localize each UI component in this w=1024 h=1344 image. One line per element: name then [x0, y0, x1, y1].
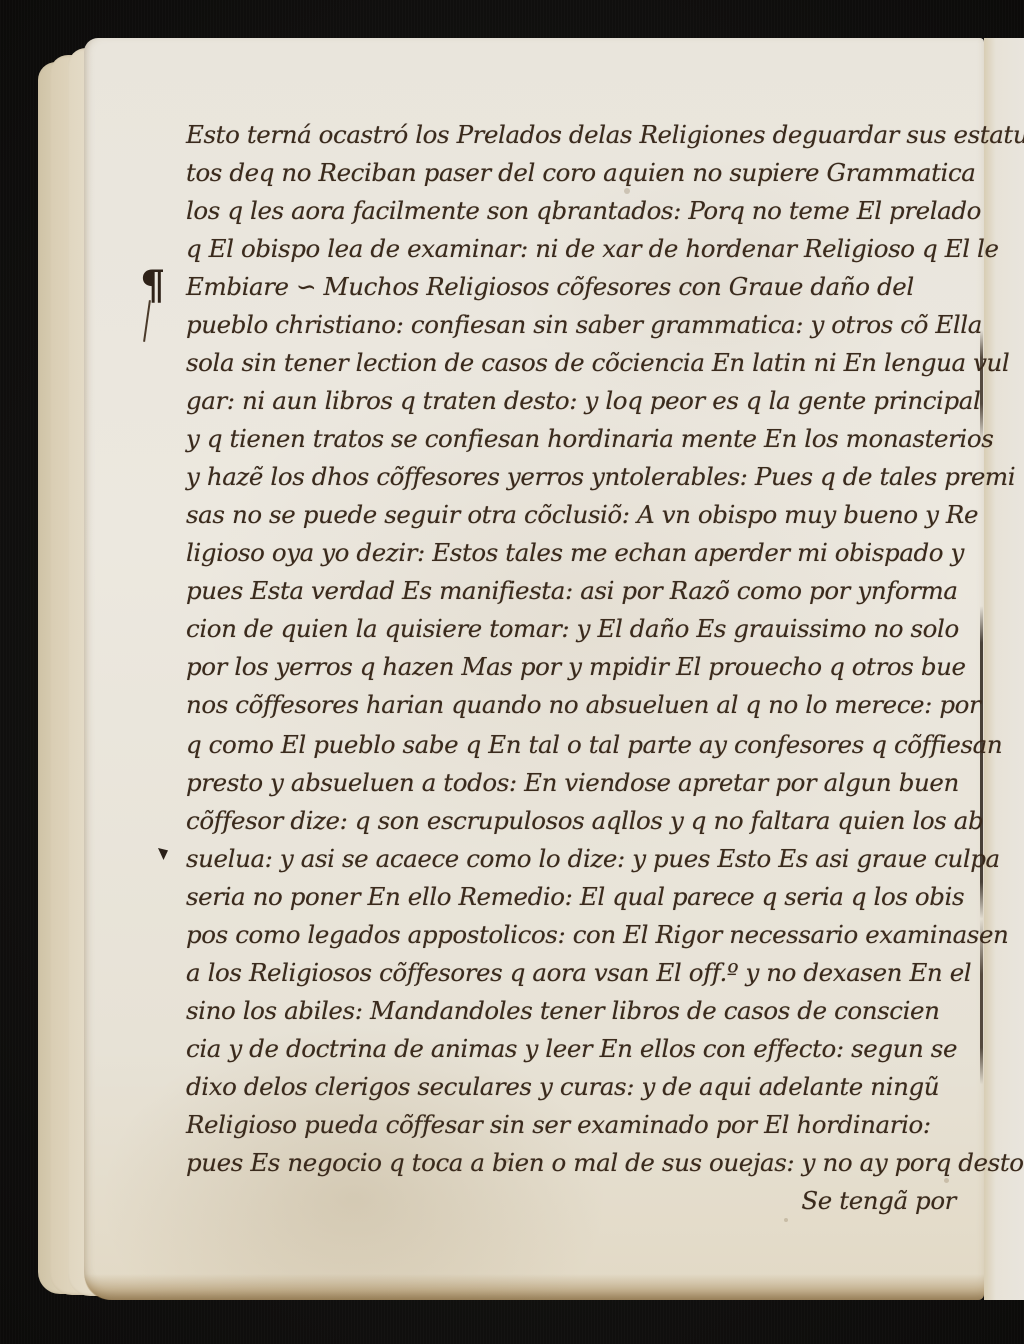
text-line: seria no poner En ello Remedio: El qual …: [186, 882, 964, 911]
text-line: cia y de doctrina de animas y leer En el…: [186, 1034, 957, 1063]
text-line: tos deq no Reciban paser del coro aquien…: [186, 158, 976, 187]
text-line: q El obispo lea de examinar: ni de xar d…: [186, 234, 999, 263]
text-line: por los yerros q hazen Mas por y mpidir …: [186, 652, 966, 681]
text-line: q como El pueblo sabe q En tal o tal par…: [186, 730, 1002, 759]
text-line: y hazẽ los dhos cõffesores yerros yntole…: [186, 462, 1015, 491]
text-line: cion de quien la quisiere tomar: y El da…: [186, 614, 959, 643]
text-line: sola sin tener lection de casos de cõcie…: [186, 348, 1009, 377]
text-line: dixo delos clerigos seculares y curas: y…: [186, 1072, 939, 1101]
paragraph-mark-icon: ¶: [140, 266, 165, 306]
text-line: sas no se puede seguir otra cõclusiõ: A …: [186, 500, 978, 529]
text-line: pos como legados appostolicos: con El Ri…: [186, 920, 1008, 949]
foxing-spot: [624, 188, 630, 194]
text-line: Religioso pueda cõffesar sin ser examina…: [186, 1110, 931, 1139]
text-line: sino los abiles: Mandandoles tener libro…: [186, 996, 940, 1025]
text-line: presto y absueluen a todos: En viendose …: [186, 768, 959, 797]
water-stain: [84, 1274, 984, 1300]
text-line: Embiare ∽ Muchos Religiosos cõfesores co…: [186, 272, 914, 301]
catchword: Se tengã por: [801, 1186, 956, 1215]
text-line: pues Esta verdad Es manifiesta: asi por …: [186, 576, 958, 605]
facing-page-gutter: [984, 38, 1024, 1300]
text-line: y q tienen tratos se confiesan hordinari…: [186, 424, 993, 453]
text-line: a los Religiosos cõffesores q aora vsan …: [186, 958, 971, 987]
text-line: pues Es negocio q toca a bien o mal de s…: [186, 1148, 1024, 1177]
text-line: gar: ni aun libros q traten desto: y loq…: [186, 386, 980, 415]
foxing-spot: [944, 1178, 949, 1183]
foxing-spot: [784, 1218, 788, 1222]
text-line: nos cõffesores harian quando no absuelue…: [186, 690, 980, 719]
text-line: ligioso oya yo dezir: Estos tales me ech…: [186, 538, 964, 567]
text-line: pueblo christiano: confiesan sin saber g…: [186, 310, 982, 339]
text-line: los q les aora facilmente son qbrantados…: [186, 196, 981, 225]
text-line: suelua: y asi se acaece como lo dize: y …: [186, 844, 1000, 873]
text-line: Esto terná ocastró los Prelados delas Re…: [186, 120, 1024, 149]
text-line: cõffesor dize: q son escrupulosos aqllos…: [186, 806, 983, 835]
